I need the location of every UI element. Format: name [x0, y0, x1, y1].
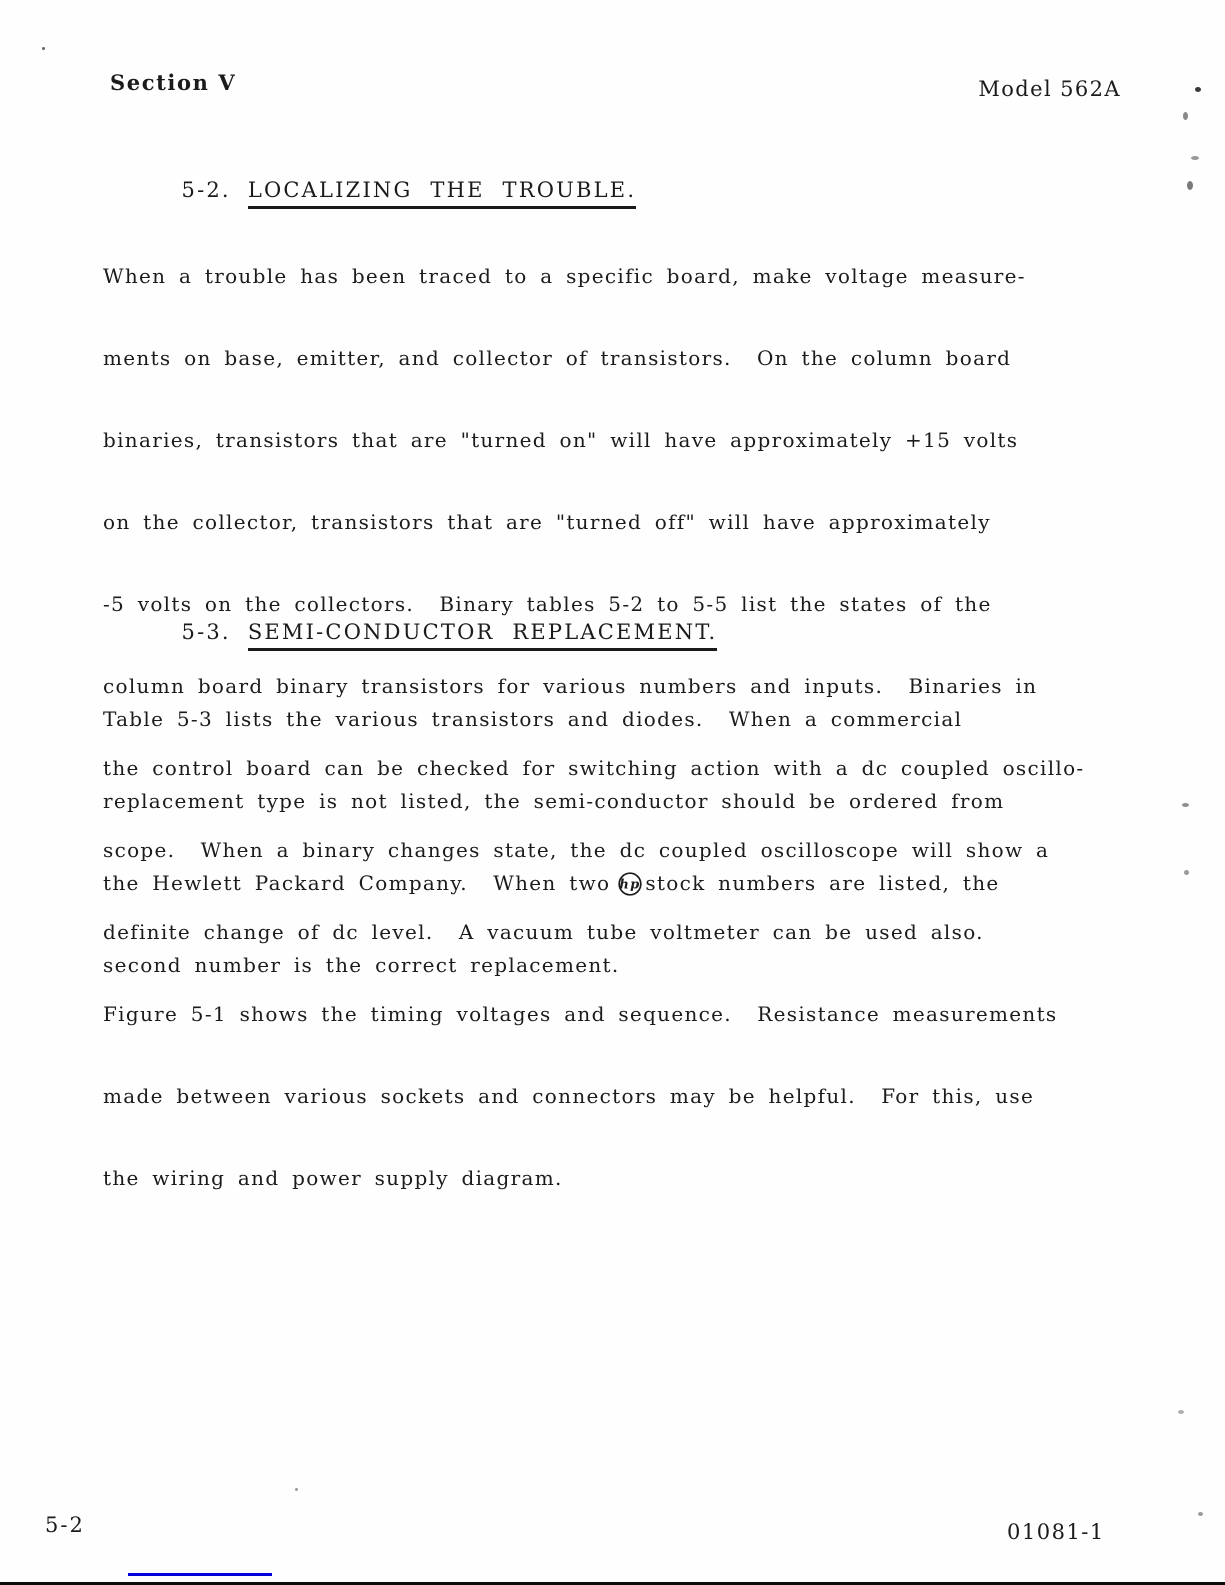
text-line: made between various sockets and connect…: [103, 1083, 1085, 1110]
text-line-with-logo: the Hewlett Packard Company. When twohps…: [103, 870, 1004, 897]
scan-speck: [42, 47, 45, 50]
scan-speck: [1187, 181, 1193, 190]
text-segment: stock numbers are listed, the: [645, 871, 999, 895]
scan-speck: [1182, 803, 1189, 807]
heading-number: 5-2.: [182, 178, 231, 202]
scan-speck: [295, 1488, 298, 1491]
hp-logo-icon: hp: [617, 871, 643, 897]
scan-speck: [1178, 1410, 1184, 1414]
text-line: second number is the correct replacement…: [103, 952, 1004, 979]
text-line: replacement type is not listed, the semi…: [103, 788, 1004, 815]
text-line: on the collector, transistors that are "…: [103, 509, 1085, 536]
svg-text:hp: hp: [620, 877, 641, 892]
scan-speck: [1183, 112, 1188, 120]
scan-speck: [1198, 1512, 1203, 1516]
text-line: the wiring and power supply diagram.: [103, 1165, 1085, 1192]
heading-title: SEMI-CONDUCTOR REPLACEMENT.: [248, 620, 718, 651]
text-line: Table 5-3 lists the various transistors …: [103, 706, 1004, 733]
heading-number: 5-3.: [182, 620, 231, 644]
scan-speck: [1191, 156, 1199, 160]
section-header: Section V: [110, 70, 236, 95]
page-number: 5-2: [45, 1513, 85, 1537]
text-line: binaries, transistors that are "turned o…: [103, 427, 1085, 454]
model-header: Model 562A: [978, 77, 1121, 101]
text-line: When a trouble has been traced to a spec…: [103, 263, 1085, 290]
text-line: ments on base, emitter, and collector of…: [103, 345, 1085, 372]
text-segment: the Hewlett Packard Company. When two: [103, 871, 610, 895]
scan-speck: [1195, 87, 1201, 92]
scan-speck: [1184, 870, 1189, 875]
document-number: 01081-1: [1007, 1520, 1105, 1544]
paragraph-semi-conductor-replacement: Table 5-3 lists the various transistors …: [103, 651, 1004, 1034]
manual-page: Section V Model 562A 5-2.LOCALIZING THE …: [0, 0, 1225, 1585]
heading-title: LOCALIZING THE TROUBLE.: [248, 178, 636, 209]
blue-underline-mark: [128, 1573, 272, 1576]
